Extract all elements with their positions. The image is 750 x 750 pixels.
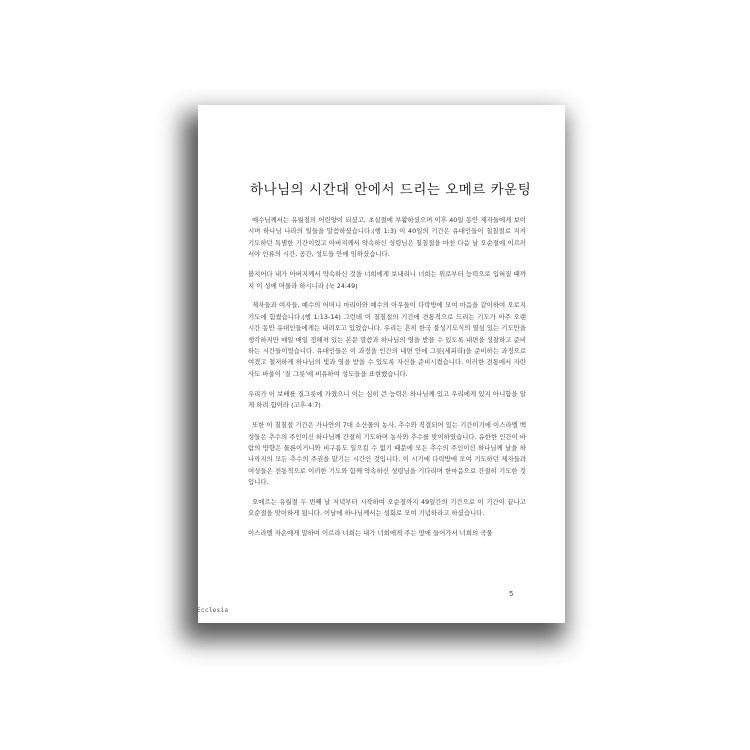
scripture-quote: 이스라엘 자손에게 말하여 이르라 너희는 내가 너희에게 주는 땅에 들어가서… — [248, 528, 526, 539]
paragraph: 또한 이 칠칠절 기간은 가나안의 7대 소산물의 농사, 추수와 직결되어 있… — [248, 420, 526, 488]
paragraph: 예수님께서는 유월절의 어린양이 되셨고, 초실절에 부활하셨으며 이후 40일… — [248, 215, 526, 261]
page-title: 하나님의 시간대 안에서 드리는 오메르 카운팅 — [250, 178, 550, 198]
page-body: 예수님께서는 유월절의 어린양이 되셨고, 초실절에 부활하셨으며 이후 40일… — [248, 215, 526, 548]
paragraph: 오메르는 유월절 두 번째 날 저녁부터 시작하여 오순절까지 49일간의 기간… — [248, 497, 526, 520]
footer-label: Ecclesia — [197, 607, 228, 614]
paragraph: 제자들과 여자들, 예수의 어머니 마리아와 예수의 아우들이 다락방에 모여 … — [248, 300, 526, 380]
scripture-quote: 볼지어다 내가 아버지께서 약속하신 것을 너희에게 보내리니 너희는 위로부터… — [248, 269, 526, 292]
document-page: 하나님의 시간대 안에서 드리는 오메르 카운팅 예수님께서는 유월절의 어린양… — [198, 105, 565, 623]
page-number: 5 — [509, 590, 513, 598]
scripture-quote: 우리가 이 보배를 질그릇에 가졌으니 이는 심히 큰 능력은 하나님께 있고 … — [248, 389, 526, 412]
